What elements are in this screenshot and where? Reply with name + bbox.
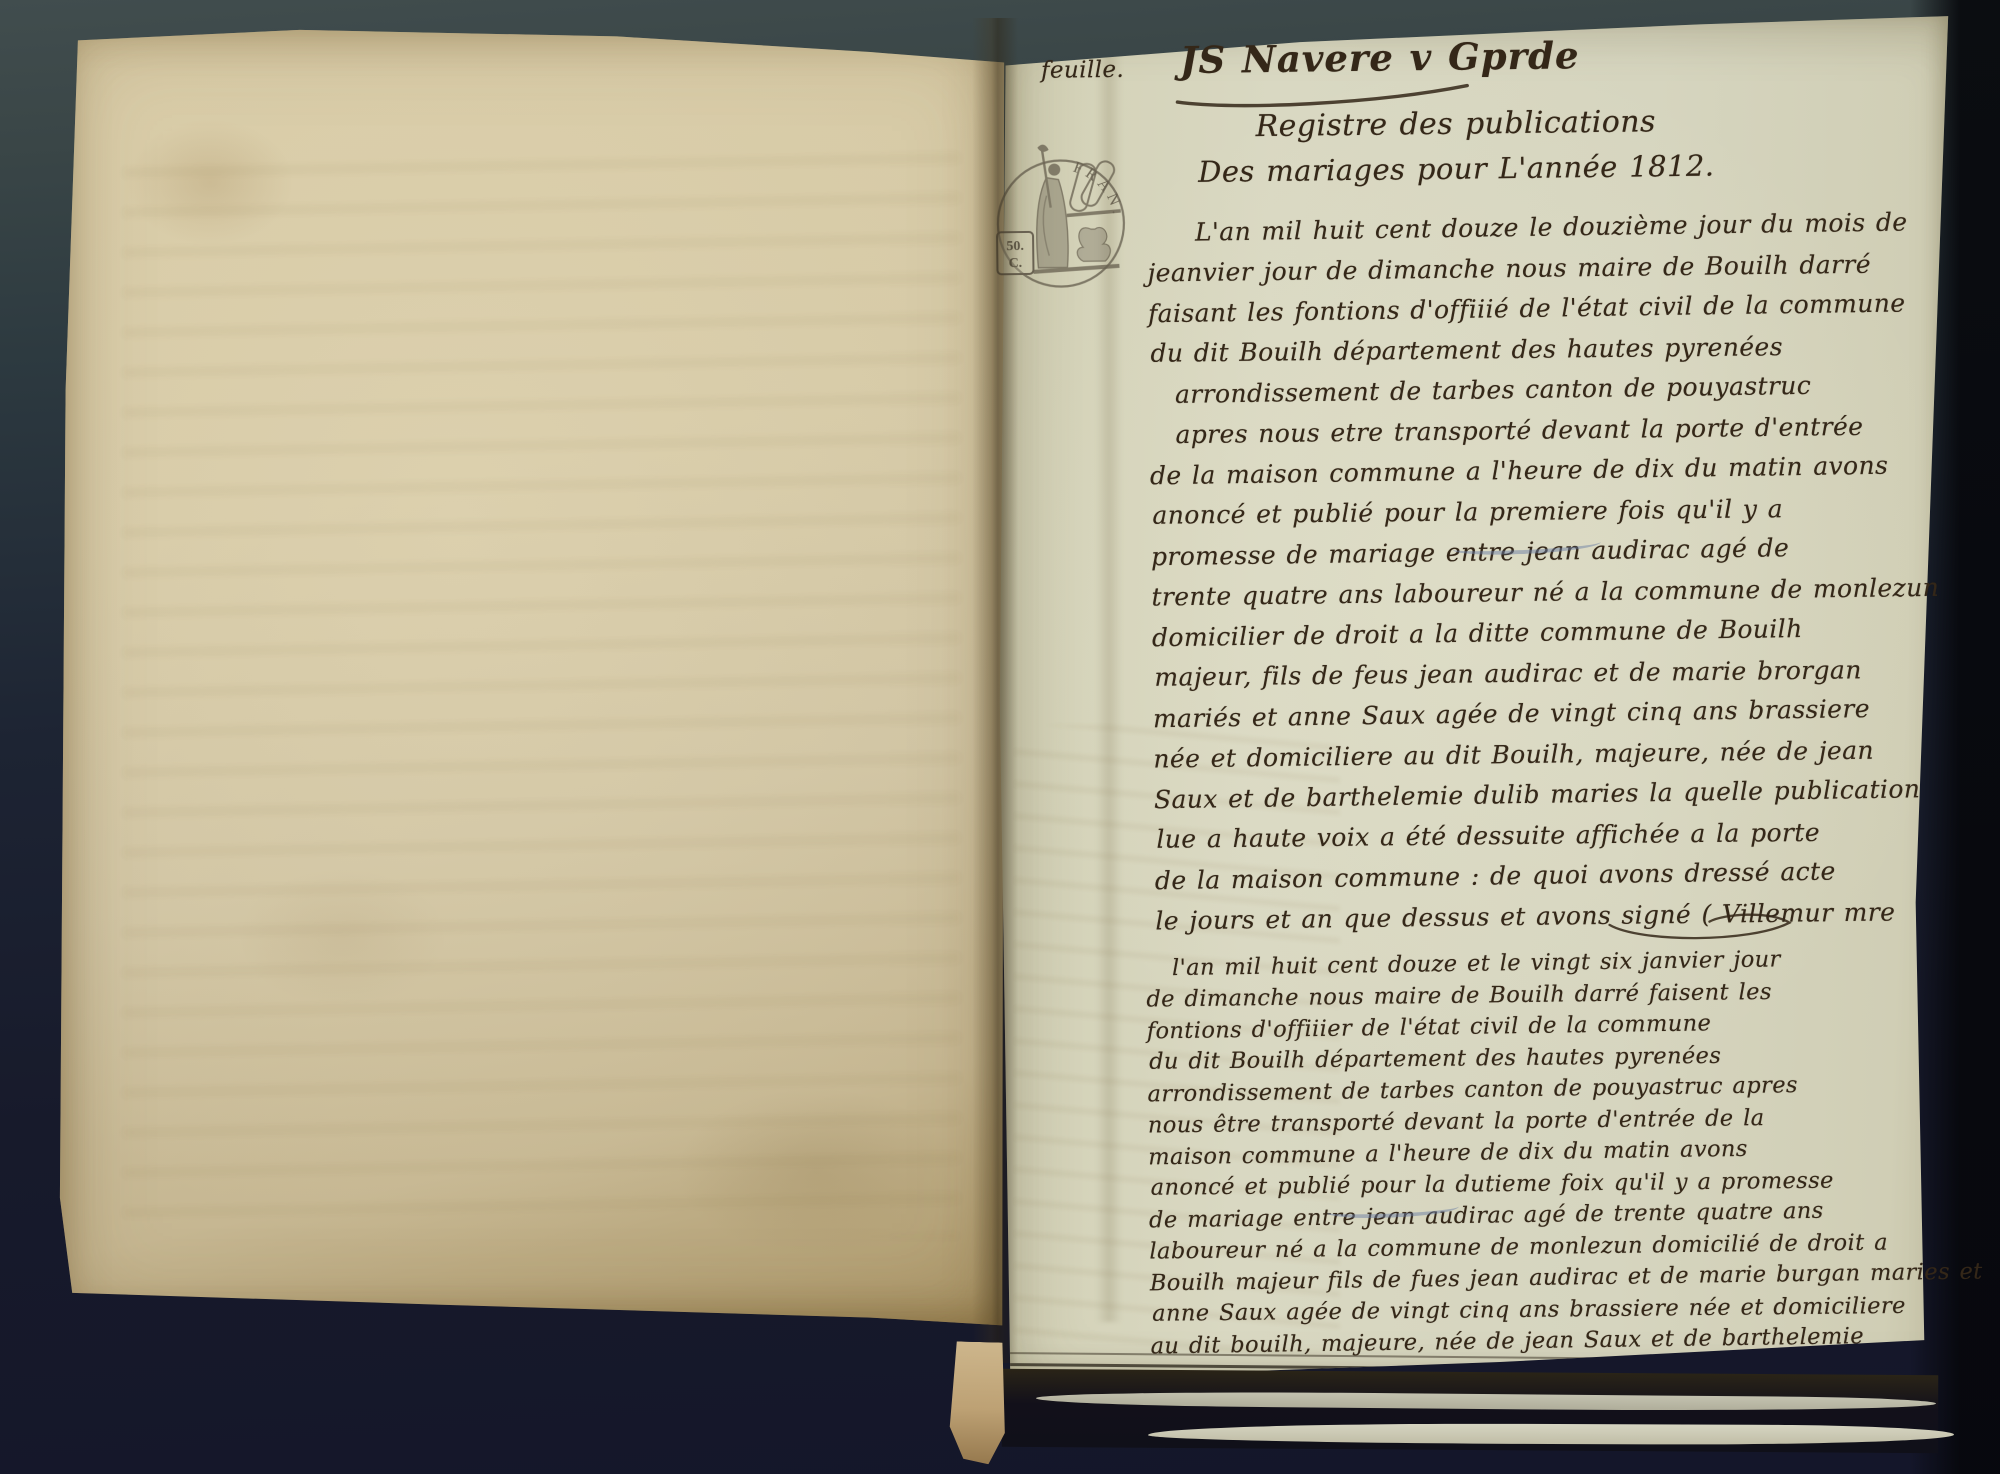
- open-register-book-photo: feuille. JS Navere v Gprde Registre des …: [0, 0, 2000, 1474]
- act-entry-2: l'an mil huit cent douze et le vingt six…: [1146, 942, 1984, 1362]
- sheet-note: feuille.: [1041, 57, 1124, 84]
- book-gutter-shadow: [972, 18, 1018, 1363]
- manuscript-content: feuille. JS Navere v Gprde Registre des …: [994, 3, 1967, 1387]
- villemur-signature-flourish: [1603, 907, 1803, 949]
- left-blank-page: [58, 26, 1006, 1328]
- stamp-eagle: [1077, 227, 1111, 261]
- binding-spine-tail: [946, 1341, 1009, 1465]
- header-signature: JS Navere v Gprde: [1180, 33, 1580, 82]
- left-page-stains: [58, 26, 1006, 1328]
- act-entry-1: L'an mil huit cent douze le douzième jou…: [1147, 203, 1944, 942]
